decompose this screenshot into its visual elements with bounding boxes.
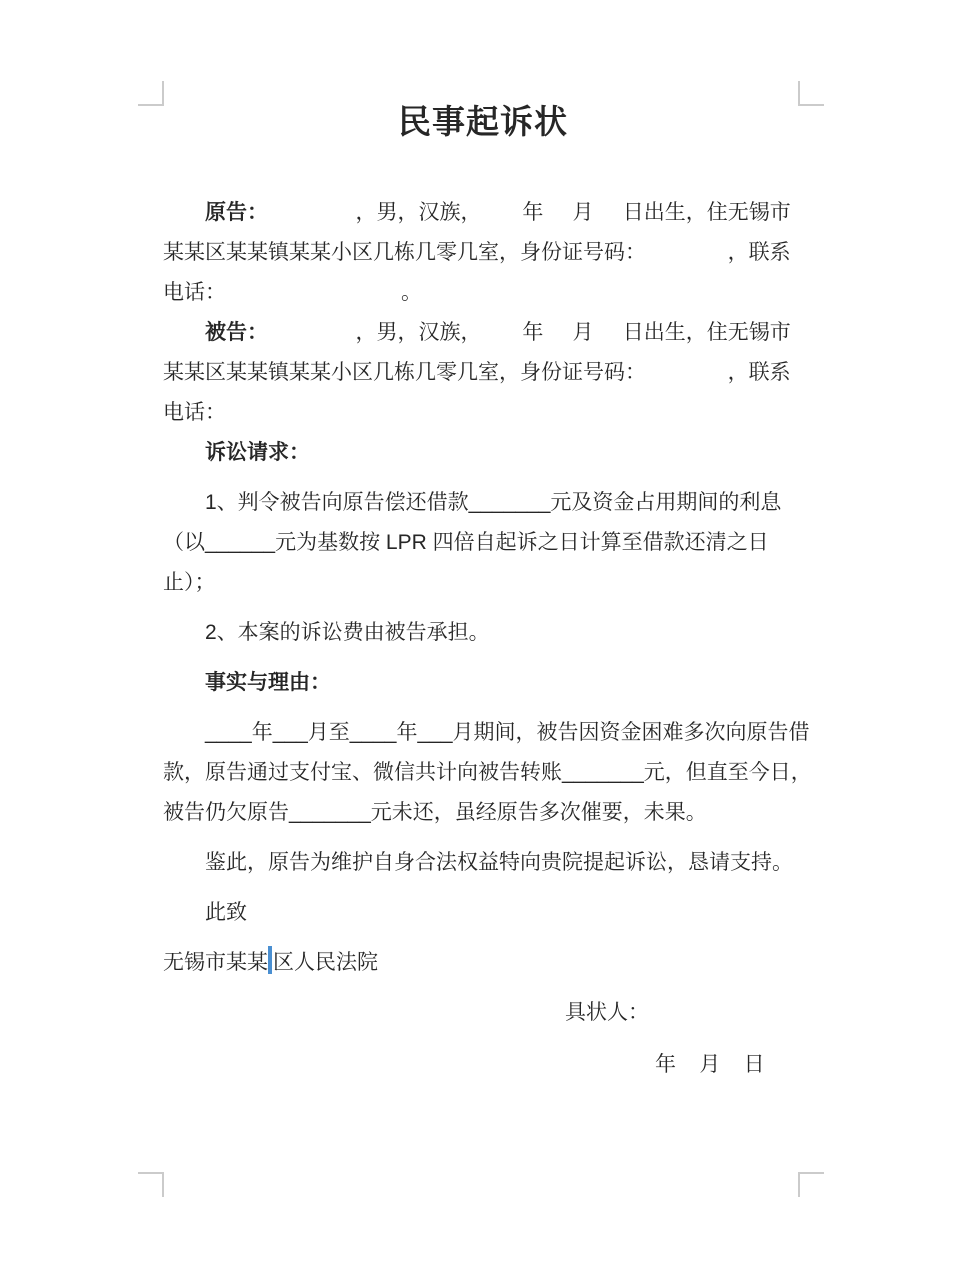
text-run: 款，原告通过支付宝、微信共计向被告转账_______元，但直至今日， — [163, 761, 812, 784]
text-run: 止）； — [163, 571, 216, 594]
text-run: ，男，汉族， 年 月 日出生，住无锡市 — [268, 321, 791, 344]
text-line: 电话： 。 — [163, 273, 803, 313]
text-cursor — [268, 946, 272, 974]
text-line: 被告： ，男，汉族， 年 月 日出生，住无锡市 — [163, 313, 803, 353]
text-line: 无锡市某某区人民法院 — [163, 943, 803, 983]
text-run: 事实与理由： — [205, 671, 331, 694]
text-line: （以______元为基数按 LPR 四倍自起诉之日计算至借款还清之日 — [163, 523, 803, 563]
text-line: 2、本案的诉讼费由被告承担。 — [163, 613, 803, 653]
text-line: 事实与理由： — [163, 663, 803, 703]
document-title: 民事起诉状 — [163, 100, 803, 144]
text-run: 鉴此，原告为维护自身合法权益特向贵院提起诉讼，恳请支持。 — [205, 851, 793, 874]
text-run: 区人民法院 — [273, 951, 378, 974]
text-run: 电话： 。 — [163, 281, 422, 304]
text-line: 具状人： — [163, 993, 803, 1033]
margin-crop-mark-bottom-left — [138, 1172, 164, 1197]
text-run: 1、判令被告向原告偿还借款_______元及资金占用期间的利息 — [205, 491, 781, 514]
text-run: 此致 — [205, 901, 247, 924]
text-line: 鉴此，原告为维护自身合法权益特向贵院提起诉讼，恳请支持。 — [163, 843, 803, 883]
text-run: 原告： — [205, 201, 268, 224]
text-line: 止）； — [163, 563, 803, 603]
text-line: 年 月 日 — [163, 1045, 803, 1085]
text-run: 2、本案的诉讼费由被告承担。 — [205, 621, 490, 644]
text-run: 某某区某某镇某某小区几栋几零几室，身份证号码： ，联系 — [163, 361, 791, 384]
text-line: 某某区某某镇某某小区几栋几零几室，身份证号码： ，联系 — [163, 353, 803, 393]
text-run: 被告仍欠原告_______元未还，虽经原告多次催要，未果。 — [163, 801, 707, 824]
text-line: 被告仍欠原告_______元未还，虽经原告多次催要，未果。 — [163, 793, 803, 833]
text-run: 无锡市某某 — [163, 951, 268, 974]
document-page[interactable]: 民事起诉状 原告： ，男，汉族， 年 月 日出生，住无锡市某某区某某镇某某小区几… — [0, 0, 960, 1280]
text-run: 电话： — [163, 401, 226, 424]
text-run: 具状人： — [565, 1001, 649, 1024]
text-line: 原告： ，男，汉族， 年 月 日出生，住无锡市 — [163, 193, 803, 233]
text-line: 此致 — [163, 893, 803, 933]
text-run: 被告： — [205, 321, 268, 344]
text-run: ，男，汉族， 年 月 日出生，住无锡市 — [268, 201, 791, 224]
text-run: 年 月 日 — [655, 1053, 765, 1076]
document-content: 民事起诉状 原告： ，男，汉族， 年 月 日出生，住无锡市某某区某某镇某某小区几… — [163, 100, 803, 1085]
text-line: 款，原告通过支付宝、微信共计向被告转账_______元，但直至今日， — [163, 753, 803, 793]
text-run: 某某区某某镇某某小区几栋几零几室，身份证号码： ，联系 — [163, 241, 791, 264]
text-run: （以______元为基数按 LPR 四倍自起诉之日计算至借款还清之日 — [163, 531, 769, 554]
text-line: ____年___月至____年___月期间，被告因资金困难多次向原告借 — [163, 713, 803, 753]
text-line: 诉讼请求： — [163, 433, 803, 473]
margin-crop-mark-top-left — [138, 81, 164, 106]
text-line: 某某区某某镇某某小区几栋几零几室，身份证号码： ，联系 — [163, 233, 803, 273]
text-line: 电话： — [163, 393, 803, 433]
text-line: 1、判令被告向原告偿还借款_______元及资金占用期间的利息 — [163, 483, 803, 523]
text-run: ____年___月至____年___月期间，被告因资金困难多次向原告借 — [205, 721, 810, 744]
margin-crop-mark-bottom-right — [798, 1172, 824, 1197]
document-lines: 原告： ，男，汉族， 年 月 日出生，住无锡市某某区某某镇某某小区几栋几零几室，… — [163, 193, 803, 1085]
text-run: 诉讼请求： — [205, 441, 310, 464]
